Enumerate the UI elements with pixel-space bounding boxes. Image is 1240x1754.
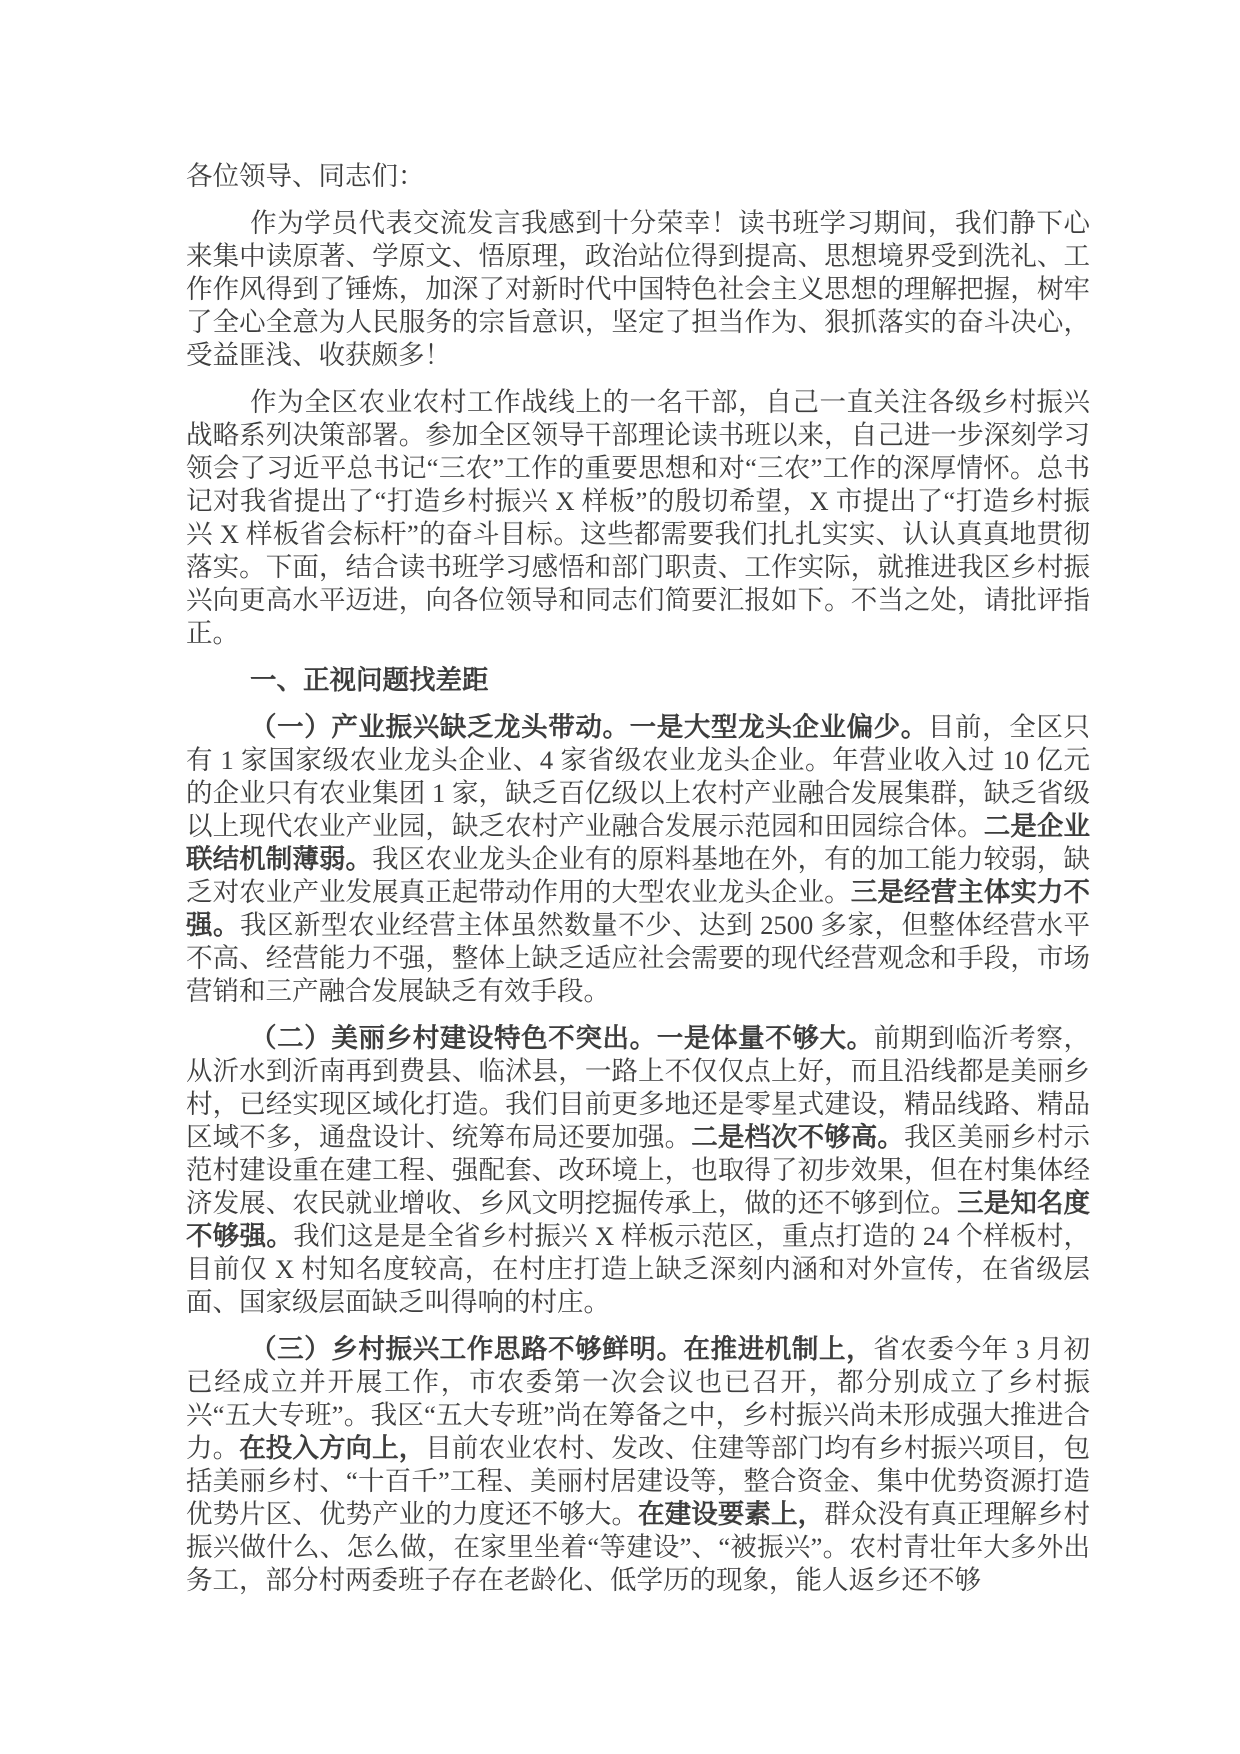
para-intro-1: 作为学员代表交流发言我感到十分荣幸！读书班学习期间，我们静下心来集中读原著、学原… [186,207,1090,372]
para-item-3: （三）乡村振兴工作思路不够鲜明。在推进机制上，省农委今年 3 月初已经成立并开展… [186,1333,1090,1597]
bold-text-segment: （二）美丽乡村建设特色不突出。一是体量不够大。 [250,1023,874,1053]
text-segment: 我们这是是全省乡村振兴 X 样板示范区，重点打造的 24 个样板村，目前仅 X … [186,1221,1090,1317]
bold-text-segment: 一、正视问题找差距 [250,665,489,695]
para-item-1: （一）产业振兴缺乏龙头带动。一是大型龙头企业偏少。目前，全区只有 1 家国家级农… [186,711,1090,1008]
document-page: 各位领导、同志们：作为学员代表交流发言我感到十分荣幸！读书班学习期间，我们静下心… [0,0,1240,1754]
salutation: 各位领导、同志们： [186,160,1090,193]
para-item-2: （二）美丽乡村建设特色不突出。一是体量不够大。前期到临沂考察，从沂水到沂南再到费… [186,1022,1090,1319]
text-segment: 作为全区农业农村工作战线上的一名干部，自己一直关注各级乡村振兴战略系列决策部署。… [186,387,1090,648]
bold-text-segment: （一）产业振兴缺乏龙头带动。一是大型龙头企业偏少。 [250,712,928,742]
para-intro-2: 作为全区农业农村工作战线上的一名干部，自己一直关注各级乡村振兴战略系列决策部署。… [186,386,1090,650]
text-segment: 各位领导、同志们： [186,161,425,191]
bold-text-segment: 二是档次不够高。 [691,1122,904,1152]
bold-text-segment: 在投入方向上， [239,1433,425,1463]
bold-text-segment: 在建设要素上， [638,1499,824,1529]
text-segment: 作为学员代表交流发言我感到十分荣幸！读书班学习期间，我们静下心来集中读原著、学原… [186,208,1090,370]
document-body: 各位领导、同志们：作为学员代表交流发言我感到十分荣幸！读书班学习期间，我们静下心… [186,160,1090,1597]
bold-text-segment: （三）乡村振兴工作思路不够鲜明。在推进机制上， [250,1334,873,1364]
heading-1: 一、正视问题找差距 [186,664,1090,697]
text-segment: 我区新型农业经营主体虽然数量不少、达到 2500 多家，但整体经营水平不高、经营… [186,910,1090,1006]
